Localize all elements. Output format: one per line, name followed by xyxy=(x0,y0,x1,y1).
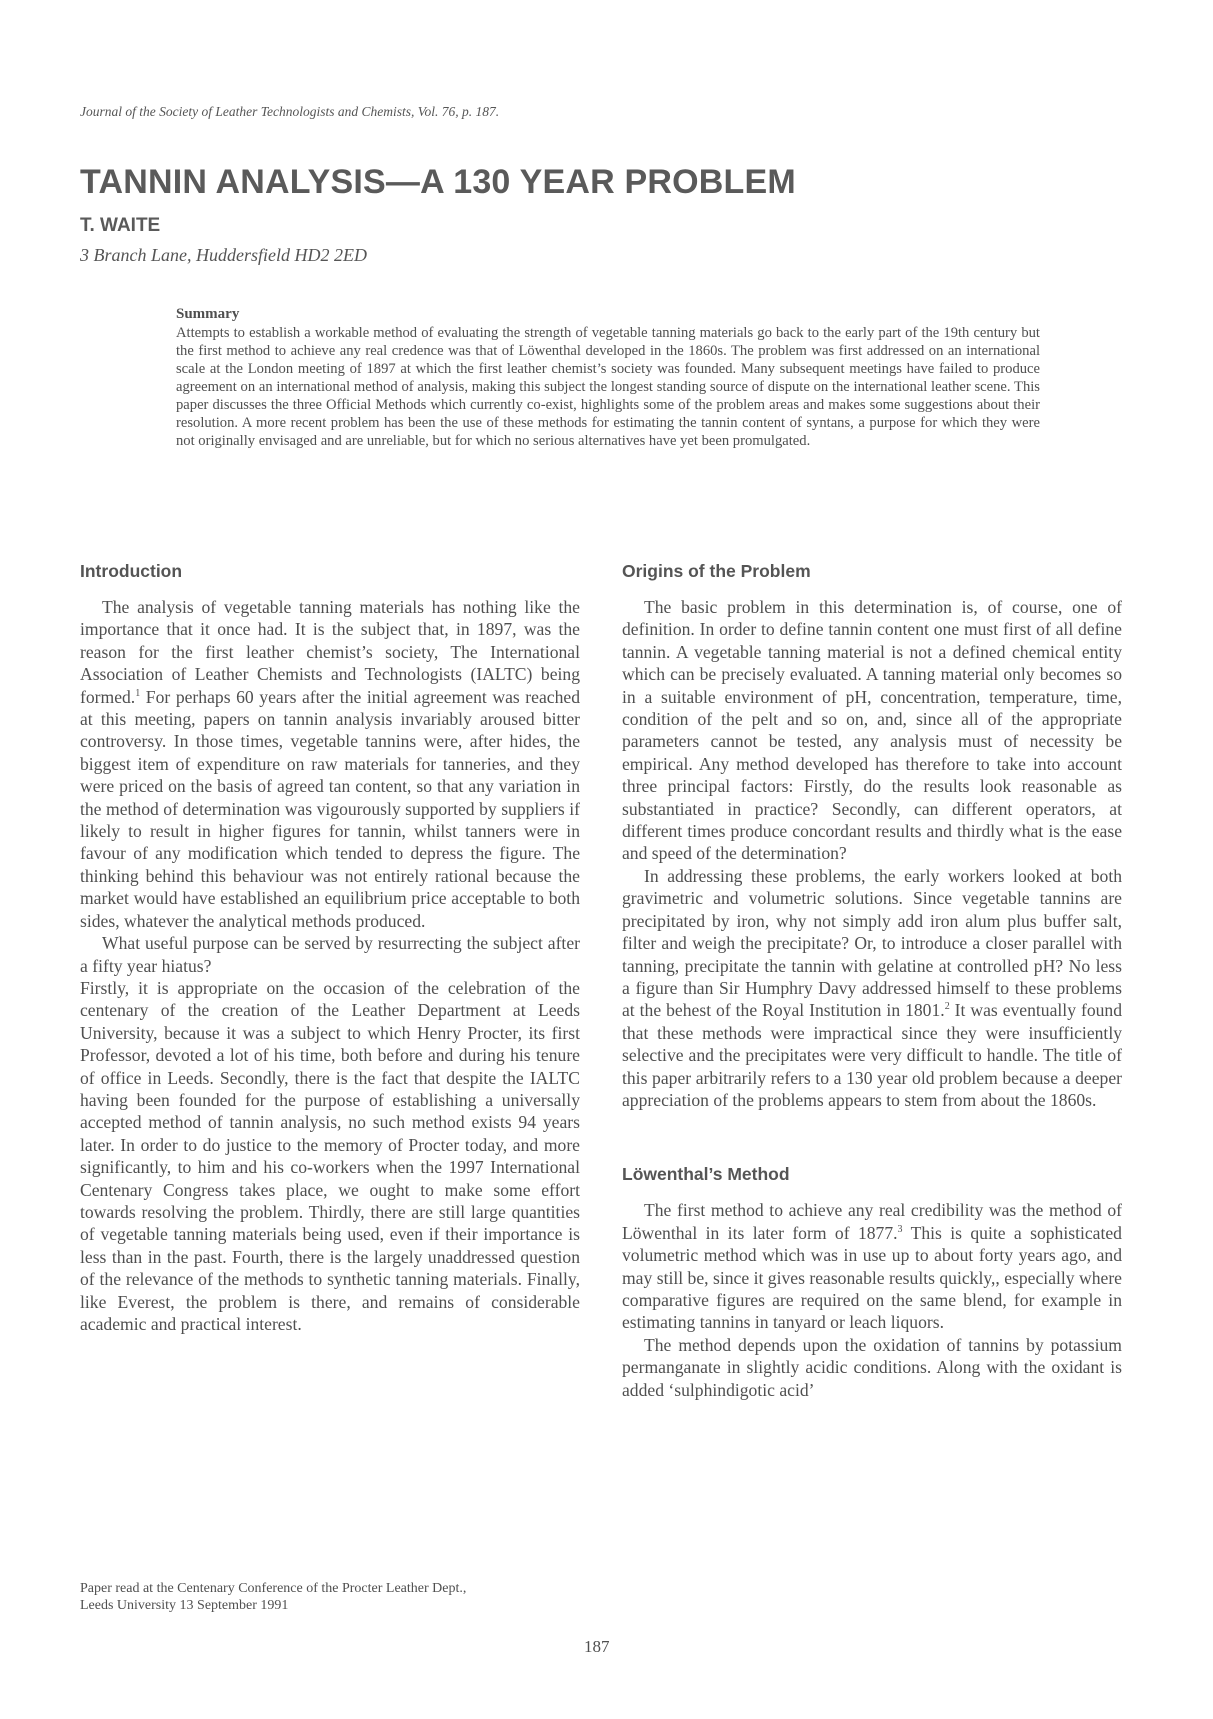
section-heading-origins: Origins of the Problem xyxy=(622,560,1122,582)
article-title: TANNIN ANALYSIS—A 130 YEAR PROBLEM xyxy=(80,163,796,202)
paragraph-text: In addressing these problems, the early … xyxy=(622,866,1122,1020)
author-address: 3 Branch Lane, Huddersfield HD2 2ED xyxy=(80,245,367,266)
right-column: Origins of the Problem The basic problem… xyxy=(622,560,1122,1401)
left-column: Introduction The analysis of vegetable t… xyxy=(80,560,580,1335)
paragraph: The first method to achieve any real cre… xyxy=(622,1199,1122,1333)
summary-block: Summary Attempts to establish a workable… xyxy=(176,305,1040,450)
paragraph: Firstly, it is appropriate on the occasi… xyxy=(80,977,580,1336)
page-number: 187 xyxy=(584,1637,610,1657)
section-heading-lowenthal: Löwenthal’s Method xyxy=(622,1163,1122,1185)
journal-citation: Journal of the Society of Leather Techno… xyxy=(80,104,499,120)
summary-text: Attempts to establish a workable method … xyxy=(176,325,1040,449)
footnote: Paper read at the Centenary Conference o… xyxy=(80,1580,600,1614)
paragraph: The basic problem in this determination … xyxy=(622,596,1122,865)
paragraph: What useful purpose can be served by res… xyxy=(80,932,580,977)
footnote-line: Paper read at the Centenary Conference o… xyxy=(80,1580,600,1597)
paragraph: The analysis of vegetable tanning materi… xyxy=(80,596,580,932)
paragraph: The method depends upon the oxidation of… xyxy=(622,1334,1122,1401)
paragraph: In addressing these problems, the early … xyxy=(622,865,1122,1111)
summary-heading: Summary xyxy=(176,305,1040,323)
article-author: T. WAITE xyxy=(80,215,160,237)
paragraph-text: For perhaps 60 years after the initial a… xyxy=(80,687,580,931)
footnote-line: Leeds University 13 September 1991 xyxy=(80,1597,600,1614)
journal-page: Journal of the Society of Leather Techno… xyxy=(0,0,1213,1719)
section-heading-introduction: Introduction xyxy=(80,560,580,582)
